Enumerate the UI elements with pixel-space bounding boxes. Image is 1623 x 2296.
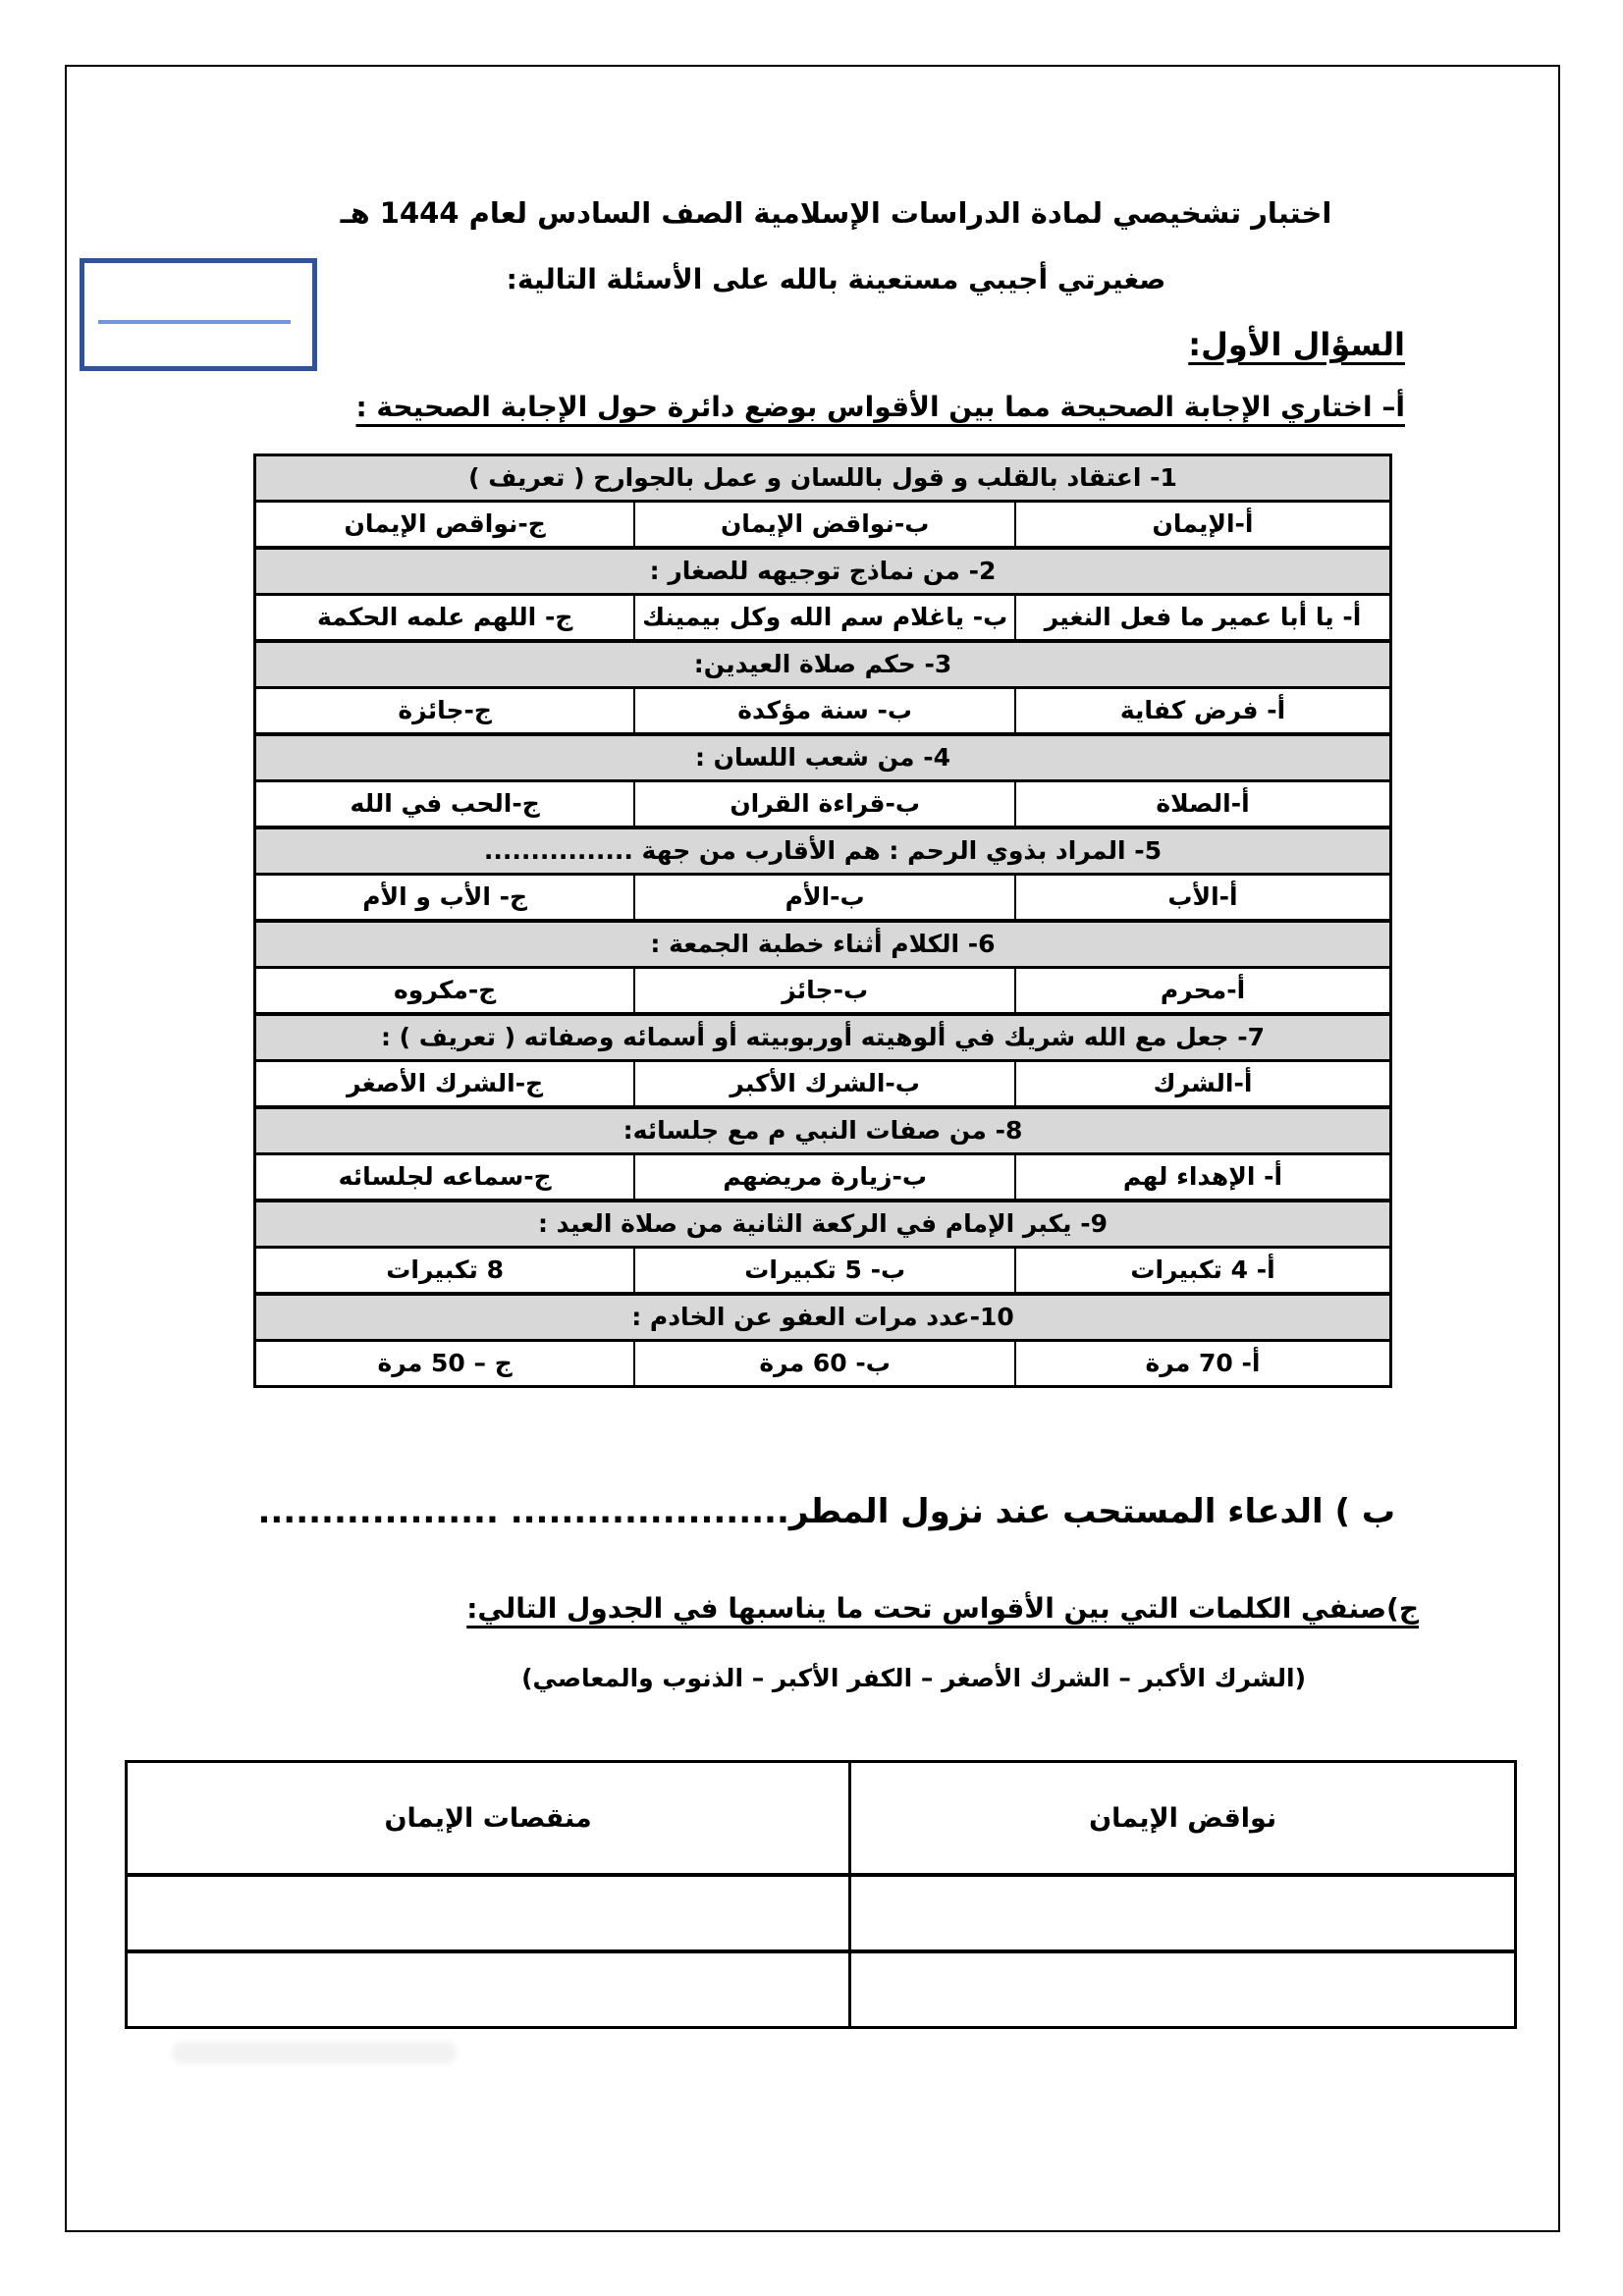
option-a[interactable]: أ- الإهداء لهم bbox=[1014, 1155, 1389, 1199]
option-c[interactable]: ج-جائزة bbox=[256, 689, 633, 732]
question-row-4: 4- من شعب اللسان : bbox=[256, 732, 1389, 779]
option-b[interactable]: ب- سنة مؤكدة bbox=[633, 689, 1014, 732]
question-row-6: 6- الكلام أثناء خطبة الجمعة : bbox=[256, 919, 1389, 966]
answer-row-8: أ- الإهداء لهم ب-زيارة مريضهم ج-سماعه لج… bbox=[256, 1152, 1389, 1199]
classification-table: نواقض الإيمان منقصات الإيمان bbox=[125, 1760, 1517, 2029]
option-b[interactable]: ب- 60 مرة bbox=[633, 1342, 1014, 1385]
option-c[interactable]: ج – 50 مرة bbox=[256, 1342, 633, 1385]
option-a[interactable]: أ- 4 تكبيرات bbox=[1014, 1249, 1389, 1292]
option-a[interactable]: أ-الإيمان bbox=[1014, 503, 1389, 546]
option-a[interactable]: أ-الصلاة bbox=[1014, 782, 1389, 826]
option-c[interactable]: ج-الشرك الأصغر bbox=[256, 1062, 633, 1105]
name-write-line bbox=[98, 320, 291, 324]
option-a[interactable]: أ-محرم bbox=[1014, 969, 1389, 1012]
answer-row-1: أ-الإيمان ب-نواقض الإيمان ج-نواقص الإيما… bbox=[256, 500, 1389, 546]
option-c[interactable]: ج-مكروه bbox=[256, 969, 633, 1012]
option-b[interactable]: ب- 5 تكبيرات bbox=[633, 1249, 1014, 1292]
empty-answer-cell[interactable] bbox=[128, 1877, 848, 1949]
faint-smudge bbox=[172, 2042, 457, 2063]
option-b[interactable]: ب-قراءة القران bbox=[633, 782, 1014, 826]
option-a[interactable]: أ- يا أبا عمير ما فعل النغير bbox=[1014, 596, 1389, 639]
column-header-nawaqid: نواقض الإيمان bbox=[848, 1763, 1514, 1873]
exam-title: اختبار تشخيصي لمادة الدراسات الإسلامية ا… bbox=[147, 196, 1525, 230]
column-header-munqisat: منقصات الإيمان bbox=[128, 1763, 848, 1873]
answer-row-3: أ- فرض كفاية ب- سنة مؤكدة ج-جائزة bbox=[256, 686, 1389, 732]
option-c[interactable]: ج-سماعه لجلسائه bbox=[256, 1155, 633, 1199]
part-c-instruction: ج)صنفي الكلمات التي بين الأقواس تحت ما ي… bbox=[466, 1592, 1419, 1625]
question-row-5: 5- المراد بذوي الرحم : هم الأقارب من جهة… bbox=[256, 826, 1389, 873]
option-a[interactable]: أ-الأب bbox=[1014, 876, 1389, 919]
option-b[interactable]: ب-الأم bbox=[633, 876, 1014, 919]
option-a[interactable]: أ- فرض كفاية bbox=[1014, 689, 1389, 732]
answer-row-9: أ- 4 تكبيرات ب- 5 تكبيرات 8 تكبيرات bbox=[256, 1246, 1389, 1292]
option-b[interactable]: ب-زيارة مريضهم bbox=[633, 1155, 1014, 1199]
classification-empty-row-1 bbox=[128, 1873, 1514, 1949]
empty-answer-cell[interactable] bbox=[848, 1877, 1514, 1949]
answer-row-2: أ- يا أبا عمير ما فعل النغير ب- ياغلام س… bbox=[256, 593, 1389, 639]
student-name-box[interactable] bbox=[80, 258, 317, 371]
mcq-table: 1- اعتقاد بالقلب و قول باللسان و عمل بال… bbox=[253, 454, 1392, 1388]
classification-header-row: نواقض الإيمان منقصات الإيمان bbox=[128, 1763, 1514, 1873]
classification-empty-row-2 bbox=[128, 1949, 1514, 2026]
option-c[interactable]: ج-نواقص الإيمان bbox=[256, 503, 633, 546]
question-row-8: 8- من صفات النبي م مع جلسائه: bbox=[256, 1105, 1389, 1152]
option-b[interactable]: ب-نواقض الإيمان bbox=[633, 503, 1014, 546]
option-b[interactable]: ب-جائز bbox=[633, 969, 1014, 1012]
option-c[interactable]: ج- اللهم علمه الحكمة bbox=[256, 596, 633, 639]
section-one-heading: السؤال الأول: bbox=[1188, 326, 1405, 363]
answer-row-5: أ-الأب ب-الأم ج- الأب و الأم bbox=[256, 873, 1389, 919]
question-row-10: 10-عدد مرات العفو عن الخادم : bbox=[256, 1292, 1389, 1339]
part-a-instruction: أ– اختاري الإجابة الصحيحة مما بين الأقوا… bbox=[355, 391, 1405, 423]
question-row-1: 1- اعتقاد بالقلب و قول باللسان و عمل بال… bbox=[256, 456, 1389, 500]
question-row-3: 3- حكم صلاة العيدين: bbox=[256, 639, 1389, 686]
answer-row-6: أ-محرم ب-جائز ج-مكروه bbox=[256, 966, 1389, 1012]
part-b-question[interactable]: ب ) الدعاء المستحب عند نزول المطر.......… bbox=[257, 1492, 1395, 1531]
exam-page: اختبار تشخيصي لمادة الدراسات الإسلامية ا… bbox=[0, 0, 1623, 2296]
option-b[interactable]: ب-الشرك الأكبر bbox=[633, 1062, 1014, 1105]
question-row-9: 9- يكبر الإمام في الركعة الثانية من صلاة… bbox=[256, 1199, 1389, 1246]
option-c[interactable]: 8 تكبيرات bbox=[256, 1249, 633, 1292]
question-row-7: 7- جعل مع الله شريك في ألوهيته أوربوبيته… bbox=[256, 1012, 1389, 1059]
question-row-2: 2- من نماذج توجيهه للصغار : bbox=[256, 546, 1389, 593]
exam-subtitle: صغيرتي أجيبي مستعينة بالله على الأسئلة ا… bbox=[147, 263, 1525, 295]
answer-row-4: أ-الصلاة ب-قراءة القران ج-الحب في الله bbox=[256, 779, 1389, 826]
answer-row-7: أ-الشرك ب-الشرك الأكبر ج-الشرك الأصغر bbox=[256, 1059, 1389, 1105]
empty-answer-cell[interactable] bbox=[848, 1953, 1514, 2026]
option-a[interactable]: أ-الشرك bbox=[1014, 1062, 1389, 1105]
option-c[interactable]: ج- الأب و الأم bbox=[256, 876, 633, 919]
option-a[interactable]: أ- 70 مرة bbox=[1014, 1342, 1389, 1385]
option-b[interactable]: ب- ياغلام سم الله وكل بيمينك bbox=[633, 596, 1014, 639]
option-c[interactable]: ج-الحب في الله bbox=[256, 782, 633, 826]
part-c-word-bank: (الشرك الأكبر – الشرك الأصغر – الكفر الأ… bbox=[521, 1664, 1306, 1692]
answer-row-10: أ- 70 مرة ب- 60 مرة ج – 50 مرة bbox=[256, 1339, 1389, 1385]
empty-answer-cell[interactable] bbox=[128, 1953, 848, 2026]
